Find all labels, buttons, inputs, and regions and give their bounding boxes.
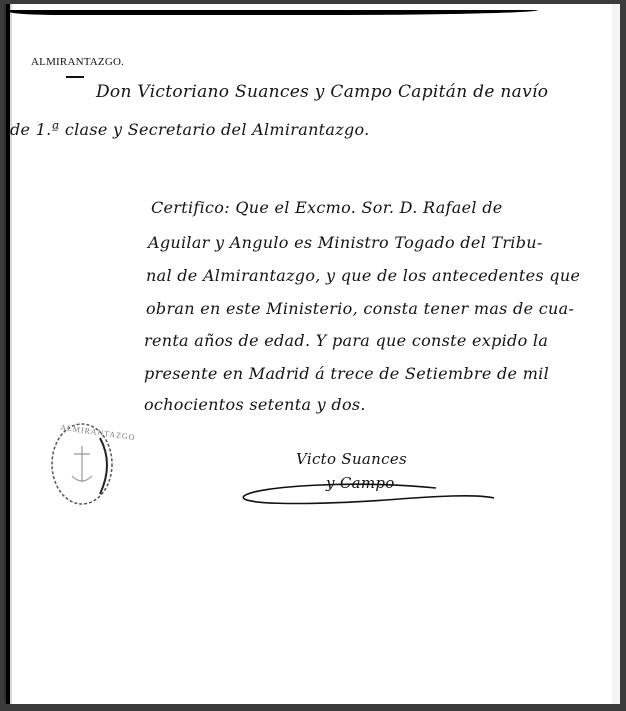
opening-line-2: de 1.ª clase y Secretario del Almirantaz… <box>10 120 370 139</box>
letterhead: ALMIRANTAZGO. <box>31 56 124 68</box>
certification-line-4: obran en este Ministerio, consta tener m… <box>146 299 574 318</box>
certification-line-2: Aguilar y Angulo es Ministro Togado del … <box>148 233 543 252</box>
page-top-edge <box>10 10 538 15</box>
signature-flourish-icon <box>236 476 496 516</box>
signature-line-1: Victo Suances <box>296 450 407 468</box>
certification-line-5: renta años de edad. Y para que conste ex… <box>144 331 548 350</box>
opening-line-1: Don Victoriano Suances y Campo Capitán d… <box>96 82 548 102</box>
document-page: ALMIRANTAZGO. Don Victoriano Suances y C… <box>6 4 620 704</box>
certification-line-1: Certifico: Que el Excmo. Sor. D. Rafael … <box>151 198 503 217</box>
certification-line-3: nal de Almirantazgo, y que de los antece… <box>146 266 580 285</box>
certification-line-6: presente en Madrid á trece de Setiembre … <box>144 364 549 383</box>
page-left-edge-shadow <box>10 4 12 704</box>
certification-line-7: ochocientos setenta y dos. <box>144 395 366 414</box>
letterhead-rule <box>66 76 84 78</box>
page-right-gutter <box>612 4 620 704</box>
